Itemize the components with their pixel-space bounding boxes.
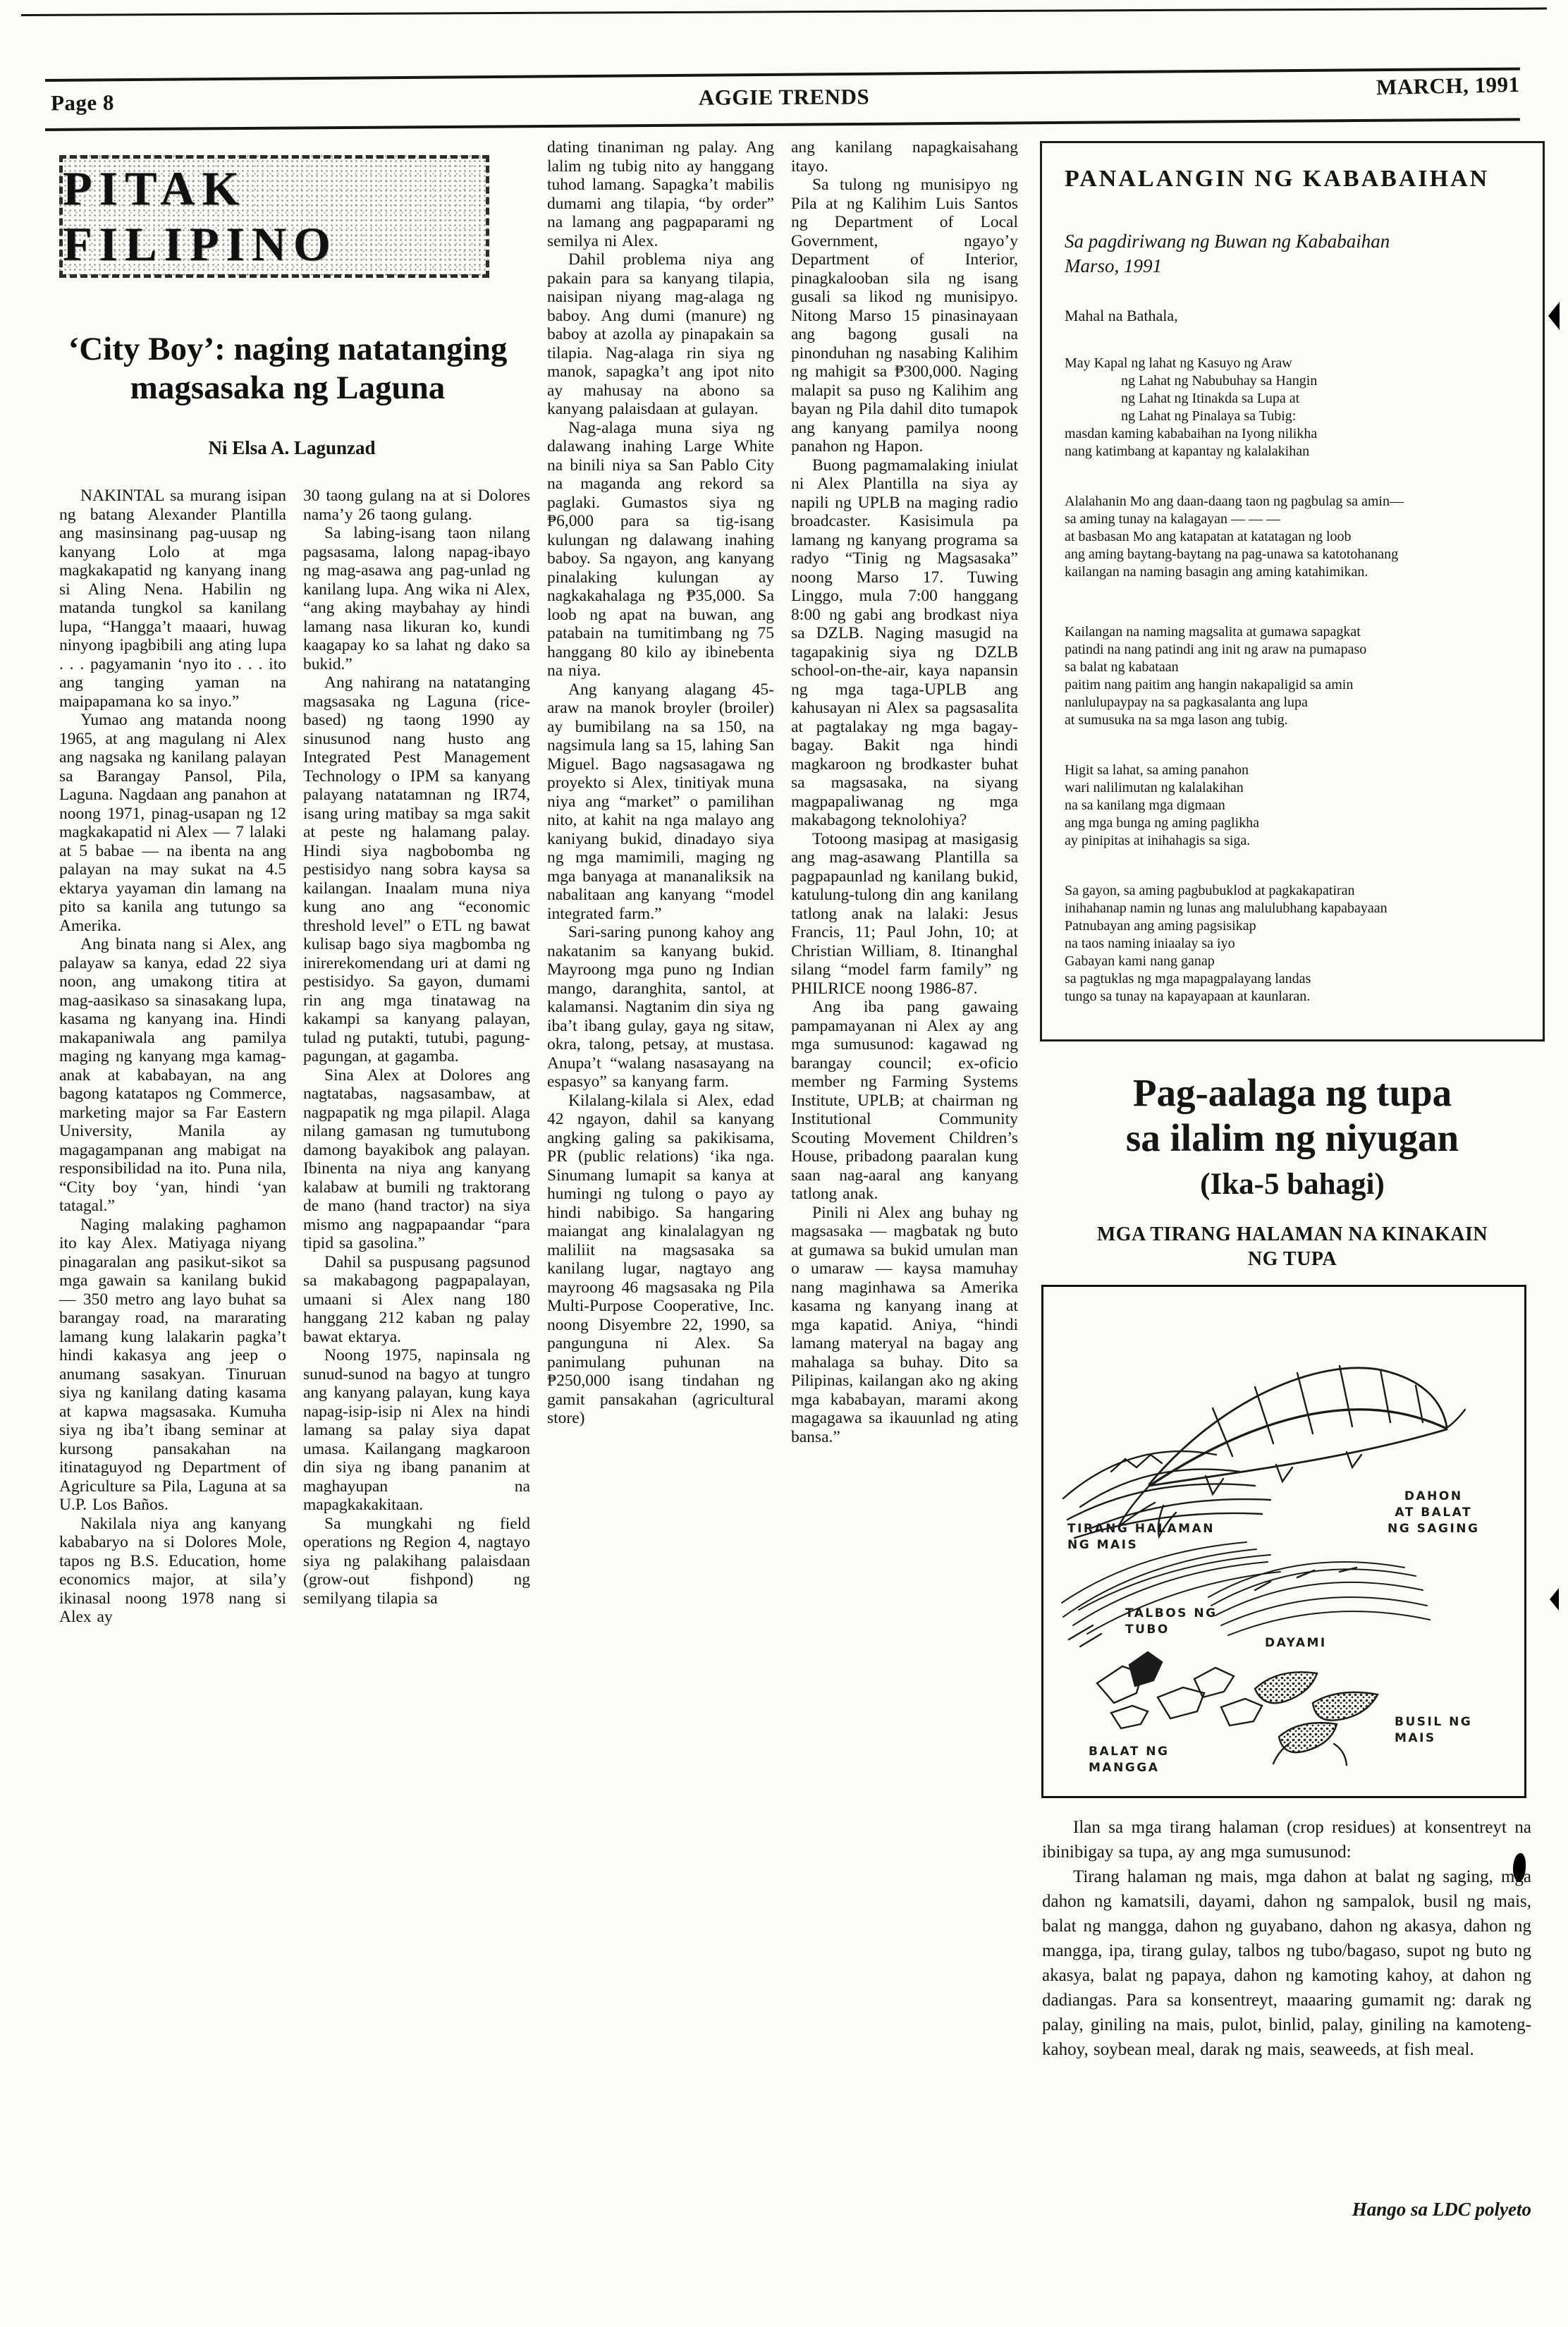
panalangin-stanza-4: Higit sa lahat, sa aming panahon wari na… (1065, 762, 1524, 850)
sheep-article-part-label: (Ika-5 bahagi) (1040, 1167, 1545, 1202)
header-bottom-rule (45, 118, 1520, 131)
sheep-article-headline: Pag-aalaga ng tupa sa ilalim ng niyugan (1040, 1070, 1545, 1161)
label-talbos-ng-tubo: TALBOS NG TUBO (1125, 1606, 1218, 1638)
panalangin-salutation: Mahal na Bathala, (1065, 307, 1524, 325)
panalangin-title: PANALANGIN NG KABABAIHAN (1065, 166, 1524, 193)
sheep-article-body: Ilan sa mga tirang halaman (crop residue… (1042, 1815, 1531, 2062)
article-col-3: dating tinaniman ng palay. Ang lalim ng … (547, 138, 774, 2197)
header-top-rule (45, 68, 1520, 82)
ink-mark-right-middle (1550, 1588, 1559, 1611)
label-tirang-halaman-ng-mais: TIRANG HALAMAN NG MAIS (1067, 1521, 1215, 1553)
label-dahon-at-balat-ng-saging: DAHON AT BALAT NG SAGING (1388, 1489, 1479, 1537)
panalangin-stanza-1: May Kapal ng lahat ng Kasuyo ng Araw ng … (1065, 355, 1524, 460)
sheep-article-credit: Hango sa LDC polyeto (1042, 2199, 1531, 2221)
panalangin-stanza-5: Sa gayon, sa aming pagbubuklod at pagkak… (1065, 882, 1524, 1006)
pitak-filipino-box: PITAK FILIPINO (59, 155, 489, 278)
article-byline: Ni Elsa A. Lagunzad (59, 437, 525, 459)
header-publication: AGGIE TRENDS (0, 80, 1568, 114)
label-balat-ng-mangga: BALAT NG MANGGA (1089, 1744, 1169, 1776)
article-col-4: ang kanilang napagkaisahang itayo.Sa tul… (791, 138, 1018, 2197)
article-headline: ‘City Boy’: naging natatanging magsasaka… (42, 330, 533, 408)
crop-residues-illustration-box: TIRANG HALAMAN NG MAIS DAHON AT BALAT NG… (1041, 1285, 1526, 1798)
newspaper-page: { "header": { "page": "Page 8", "publica… (0, 0, 1568, 2327)
panalangin-stanza-3: Kailangan na naming magsalita at gumawa … (1065, 623, 1524, 729)
article-col-1: NAKINTAL sa murang isipan ng batang Alex… (59, 487, 286, 2179)
label-dayami: DAYAMI (1265, 1635, 1327, 1651)
pitak-filipino-title: PITAK FILIPINO (63, 161, 486, 272)
label-busil-ng-mais: BUSIL NG MAIS (1395, 1714, 1472, 1747)
panalangin-subtitle: Sa pagdiriwang ng Buwan ng Kababaihan Ma… (1065, 229, 1524, 279)
article-col-2: 30 taong gulang na at si Dolores nama’y … (303, 487, 530, 2179)
panalangin-content: PANALANGIN NG KABABAIHAN Sa pagdiriwang … (1065, 166, 1524, 1038)
header-date: MARCH, 1991 (1376, 72, 1520, 100)
panalangin-stanza-2: Alalahanin Mo ang daan-daang taon ng pag… (1065, 493, 1524, 581)
sheep-article-subhead: MGA TIRANG HALAMAN NA KINAKAIN NG TUPA (1040, 1222, 1545, 1271)
ink-mark-right-top (1548, 302, 1560, 330)
page-top-rule (21, 8, 1547, 16)
panalangin-box: PANALANGIN NG KABABAIHAN Sa pagdiriwang … (1040, 141, 1545, 1042)
